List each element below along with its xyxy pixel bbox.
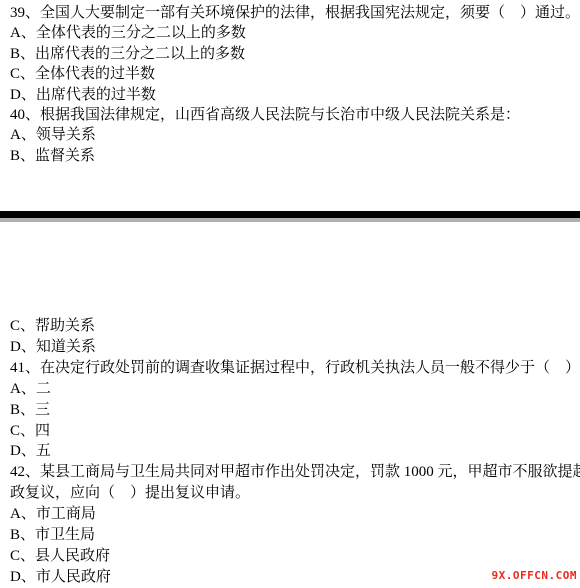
question-42-option-a: A、市工商局 xyxy=(10,504,578,525)
question-42-text-line2: 政复议，应向（ ）提出复议申请。 xyxy=(10,483,578,504)
question-42-option-c: C、县人民政府 xyxy=(10,546,578,567)
question-40-option-a: A、领导关系 xyxy=(10,125,578,145)
question-41-text: 41、在决定行政处罚前的调查收集证据过程中，行政机关执法人员一般不得少于（ ）人… xyxy=(10,358,578,379)
question-40-text: 40、根据我国法律规定，山西省高级人民法院与长治市中级人民法院关系是： xyxy=(10,105,578,125)
page1-text-block: 39、全国人大要制定一部有关环境保护的法律，根据我国宪法规定，须要（ ）通过。 … xyxy=(10,3,578,166)
question-40-option-d: D、知道关系 xyxy=(10,337,578,358)
page-break-gray-shadow xyxy=(0,218,580,222)
watermark-text: 9X.OFFCN.COM xyxy=(492,569,577,582)
question-39-option-d: D、出席代表的过半数 xyxy=(10,85,578,105)
question-41-option-c: C、四 xyxy=(10,421,578,442)
page-break-divider xyxy=(0,211,580,222)
question-40-option-b: B、监督关系 xyxy=(10,146,578,166)
question-41-option-d: D、五 xyxy=(10,441,578,462)
question-42-option-b: B、市卫生局 xyxy=(10,525,578,546)
question-39-option-b: B、出席代表的三分之二以上的多数 xyxy=(10,44,578,64)
question-40-option-c: C、帮助关系 xyxy=(10,316,578,337)
page-break-black-bar xyxy=(0,211,580,218)
question-41-option-b: B、三 xyxy=(10,400,578,421)
question-39-option-a: A、全体代表的三分之二以上的多数 xyxy=(10,23,578,43)
question-42-text-line1: 42、某县工商局与卫生局共同对甲超市作出处罚决定，罚款 1000 元，甲超市不服… xyxy=(10,462,578,483)
question-41-option-a: A、二 xyxy=(10,379,578,400)
page2-text-block: C、帮助关系 D、知道关系 41、在决定行政处罚前的调查收集证据过程中，行政机关… xyxy=(10,316,578,588)
exam-document-page: 39、全国人大要制定一部有关环境保护的法律，根据我国宪法规定，须要（ ）通过。 … xyxy=(0,0,580,588)
question-39-text: 39、全国人大要制定一部有关环境保护的法律，根据我国宪法规定，须要（ ）通过。 xyxy=(10,3,578,23)
question-39-option-c: C、全体代表的过半数 xyxy=(10,64,578,84)
